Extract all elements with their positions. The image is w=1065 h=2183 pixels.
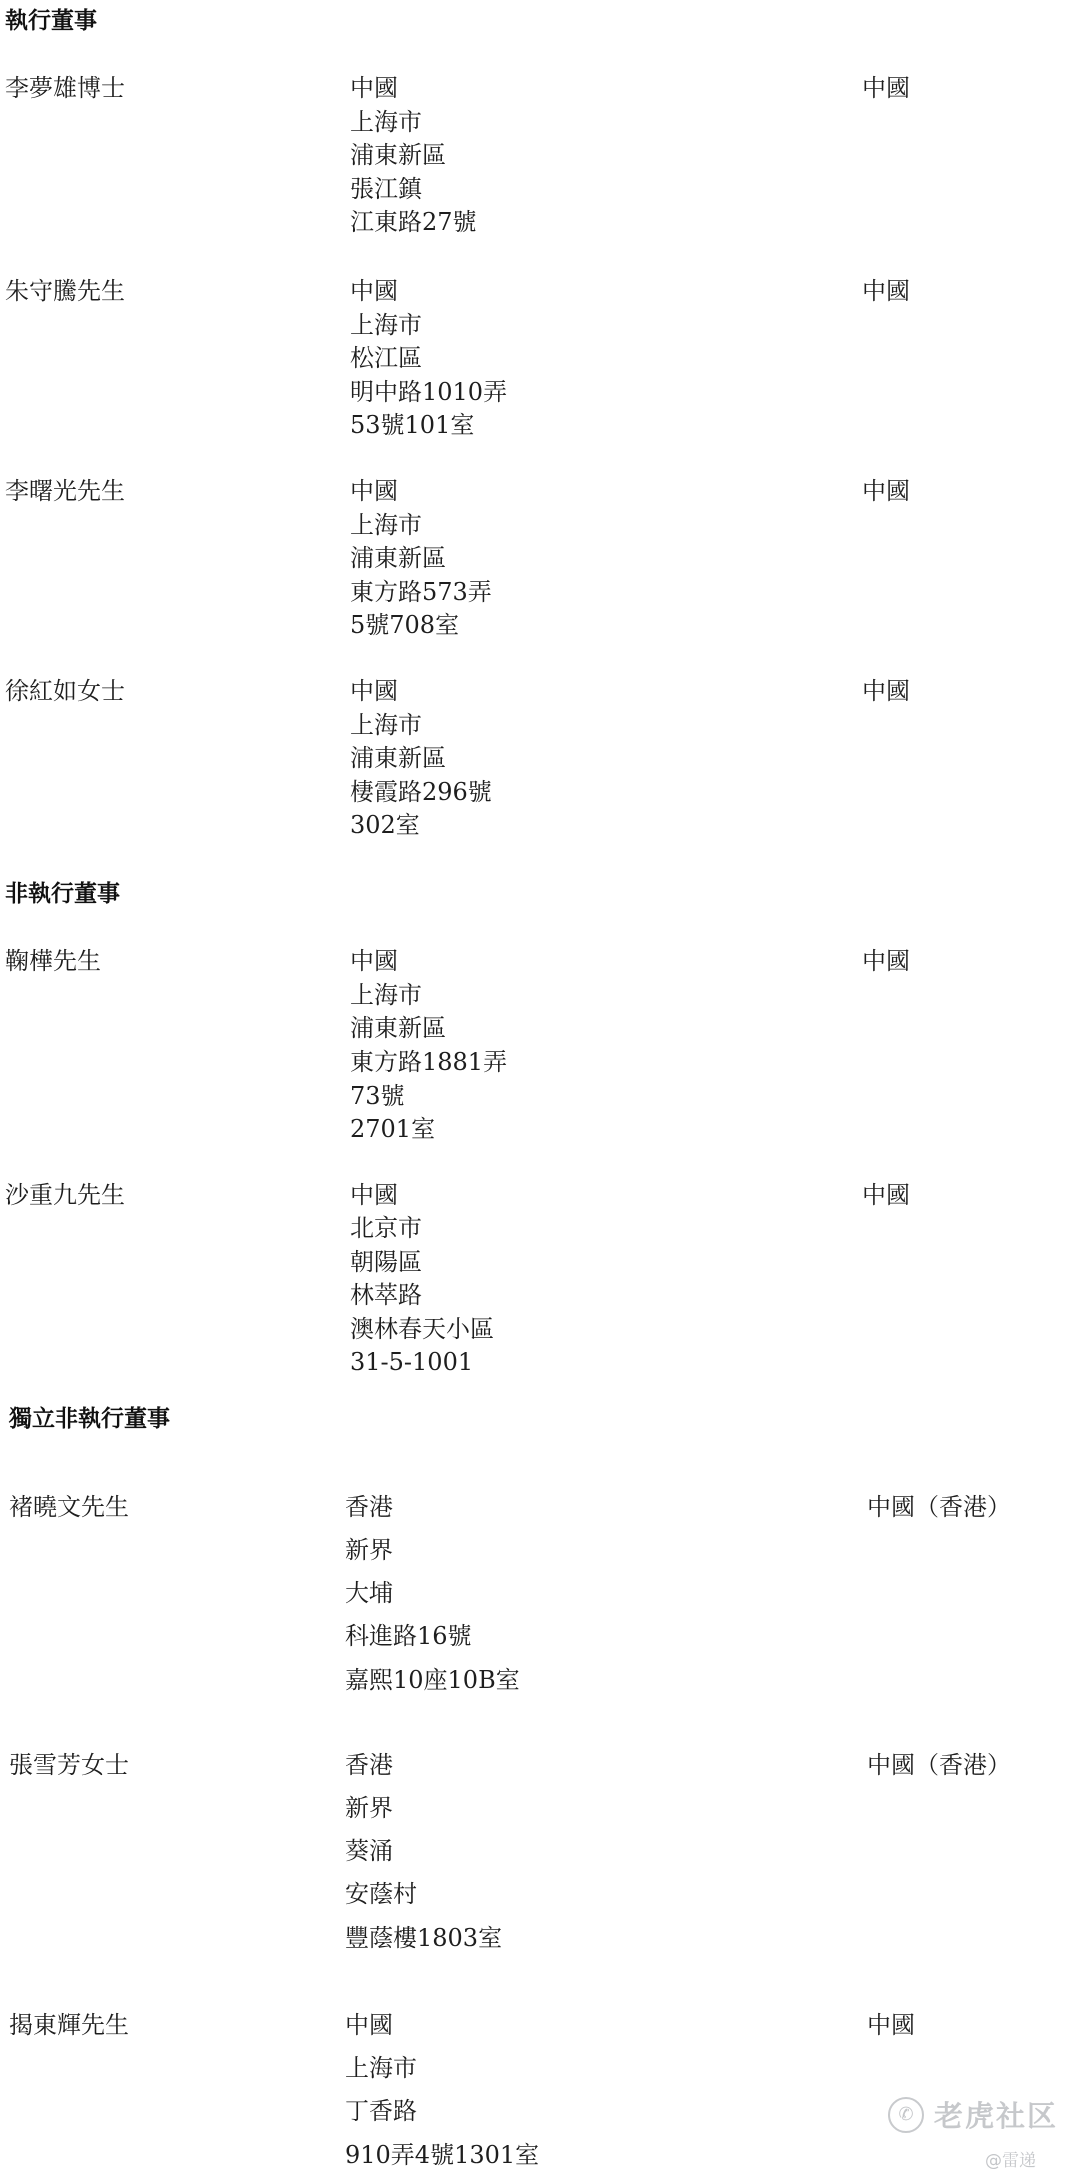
address-line: 林萃路: [350, 1280, 422, 1310]
address-line: 73號: [350, 1081, 405, 1111]
watermark: ✆ 老虎社区: [888, 2094, 1058, 2135]
address-line: 中國: [345, 2010, 393, 2040]
address-line: 東方路573弄: [350, 577, 492, 607]
address-line: 安蔭村: [345, 1879, 417, 1909]
address-line: 31-5-1001: [350, 1347, 473, 1377]
address-line: 浦東新區: [350, 543, 446, 573]
address-line: 香港: [345, 1750, 393, 1780]
address-line: 上海市: [350, 980, 422, 1010]
director-name: 李曙光先生: [5, 476, 125, 506]
address-line: 松江區: [350, 343, 422, 373]
address-line: 棲霞路296號: [350, 777, 492, 807]
address-line: 北京市: [350, 1213, 422, 1243]
address-line: 上海市: [345, 2053, 417, 2083]
address-line: 302室: [350, 810, 420, 840]
address-line: 2701室: [350, 1114, 435, 1144]
address-line: 澳林春天小區: [350, 1314, 494, 1344]
director-name: 張雪芳女士: [9, 1750, 129, 1780]
address-line: 大埔: [345, 1578, 393, 1608]
director-name: 李夢雄博士: [5, 73, 125, 103]
nationality: 中國: [862, 276, 910, 306]
section-heading-non-executive-directors: 非執行董事: [5, 879, 120, 909]
address-line: 浦東新區: [350, 743, 446, 773]
address-line: 910弄4號1301室: [345, 2140, 539, 2170]
address-line: 葵涌: [345, 1836, 393, 1866]
director-name: 鞠樺先生: [5, 946, 101, 976]
nationality: 中國（香港）: [867, 1750, 1011, 1780]
address-line: 浦東新區: [350, 1013, 446, 1043]
tiger-community-logo-icon: ✆: [888, 2097, 924, 2133]
address-line: 浦東新區: [350, 140, 446, 170]
address-line: 中國: [350, 676, 398, 706]
address-line: 豐蔭樓1803室: [345, 1923, 502, 1953]
nationality: 中國（香港）: [867, 1492, 1011, 1522]
director-name: 揭東輝先生: [9, 2010, 129, 2040]
address-line: 中國: [350, 946, 398, 976]
section-heading-executive-directors: 執行董事: [5, 6, 97, 36]
address-line: 丁香路: [345, 2096, 417, 2126]
address-line: 新界: [345, 1793, 393, 1823]
watermark-handle: @雷递: [985, 2146, 1036, 2171]
section-heading-independent-non-executive-directors: 獨立非執行董事: [9, 1404, 170, 1434]
nationality: 中國: [862, 476, 910, 506]
address-line: 張江鎮: [350, 174, 422, 204]
address-line: 明中路1010弄: [350, 377, 507, 407]
address-line: 5號708室: [350, 610, 459, 640]
nationality: 中國: [867, 2010, 915, 2040]
watermark-text: 老虎社区: [934, 2094, 1058, 2135]
nationality: 中國: [862, 1180, 910, 1210]
address-line: 科進路16號: [345, 1621, 472, 1651]
nationality: 中國: [862, 676, 910, 706]
nationality: 中國: [862, 73, 910, 103]
director-name: 朱守騰先生: [5, 276, 125, 306]
address-line: 中國: [350, 1180, 398, 1210]
address-line: 江東路27號: [350, 207, 477, 237]
director-name: 徐紅如女士: [5, 676, 125, 706]
address-line: 新界: [345, 1535, 393, 1565]
address-line: 香港: [345, 1492, 393, 1522]
address-line: 東方路1881弄: [350, 1047, 507, 1077]
address-line: 嘉熙10座10B室: [345, 1665, 520, 1695]
address-line: 中國: [350, 73, 398, 103]
address-line: 中國: [350, 476, 398, 506]
address-line: 中國: [350, 276, 398, 306]
address-line: 53號101室: [350, 410, 474, 440]
nationality: 中國: [862, 946, 910, 976]
address-line: 上海市: [350, 107, 422, 137]
director-name: 褚曉文先生: [9, 1492, 129, 1522]
director-name: 沙重九先生: [5, 1180, 125, 1210]
address-line: 上海市: [350, 310, 422, 340]
address-line: 上海市: [350, 510, 422, 540]
address-line: 朝陽區: [350, 1247, 422, 1277]
address-line: 上海市: [350, 710, 422, 740]
